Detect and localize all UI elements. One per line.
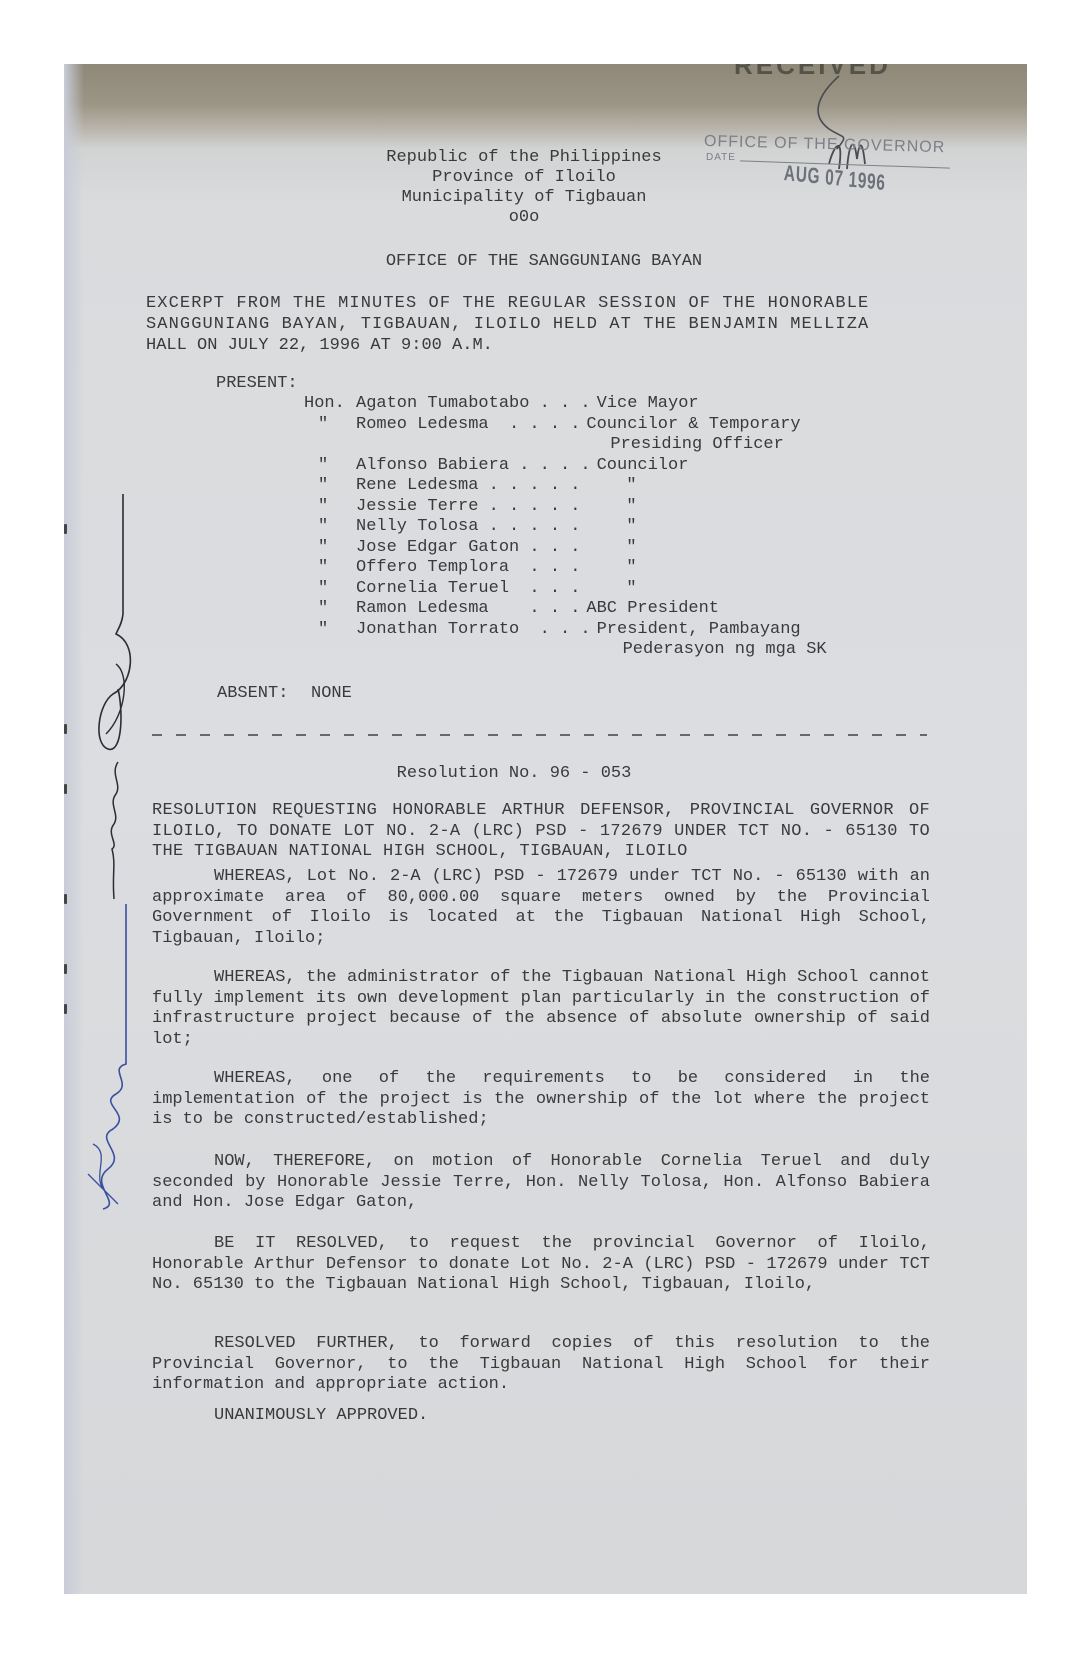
resolution-paragraph: WHEREAS, Lot No. 2-A (LRC) PSD - 172679 …: [152, 867, 930, 949]
member-name: Cornelia Teruel . . .: [356, 579, 580, 600]
header-province: Province of Iloilo: [364, 168, 684, 189]
binding-mark: [64, 894, 67, 904]
member-prefix: ": [318, 517, 328, 538]
member-position-continued: Presiding Officer: [610, 435, 783, 456]
member-position: Councilor: [597, 456, 689, 477]
member-name: Offero Templora . . .: [356, 558, 580, 579]
member-position-ditto: ": [626, 517, 636, 538]
member-prefix: ": [318, 476, 328, 497]
member-position: ABC President: [586, 599, 719, 620]
margin-signature-black-icon: [78, 484, 148, 784]
member-name: Jonathan Torrato . . .: [356, 620, 591, 641]
member-name: Jose Edgar Gaton . . .: [356, 538, 580, 559]
member-name: Alfonso Babiera . . . .: [356, 456, 591, 477]
member-prefix: ": [318, 497, 328, 518]
member-name: Nelly Tolosa . . . . .: [356, 517, 580, 538]
excerpt-line-2: SANGGUNIANG BAYAN, TIGBAUAN, ILOILO HELD…: [146, 315, 869, 336]
resolution-paragraph: WHEREAS, the administrator of the Tigbau…: [152, 968, 930, 1050]
member-position: President, Pambayang: [597, 620, 801, 641]
separator-dashed-line: [152, 734, 927, 736]
binding-mark: [64, 524, 67, 534]
excerpt-line-3: HALL ON JULY 22, 1996 AT 9:00 A.M.: [146, 336, 493, 357]
member-position: Councilor & Temporary: [586, 415, 800, 436]
resolution-number: Resolution No. 96 - 053: [314, 764, 714, 785]
member-name: Agaton Tumabotabo . . .: [356, 394, 591, 415]
resolution-paragraph: NOW, THEREFORE, on motion of Honorable C…: [152, 1152, 930, 1214]
absent-label: ABSENT:: [217, 684, 288, 705]
header-republic: Republic of the Philippines: [364, 148, 684, 169]
closing-approved: UNANIMOUSLY APPROVED.: [214, 1406, 428, 1427]
document-page: RECEIVED OFFICE OF THE GOVERNOR DATE AUG…: [64, 64, 1027, 1594]
office-title: OFFICE OF THE SANGGUNIANG BAYAN: [304, 252, 784, 273]
member-prefix: Hon.: [304, 394, 345, 415]
member-prefix: ": [318, 456, 328, 477]
member-position-ditto: ": [626, 476, 636, 497]
resolution-title: RESOLUTION REQUESTING HONORABLE ARTHUR D…: [152, 801, 930, 863]
member-name: Ramon Ledesma . . .: [356, 599, 580, 620]
binding-mark: [64, 724, 67, 734]
member-name: Rene Ledesma . . . . .: [356, 476, 580, 497]
member-prefix: ": [318, 415, 328, 436]
present-label: PRESENT:: [216, 374, 298, 395]
margin-signature-small-icon: [94, 754, 134, 904]
header-ornament: o0o: [364, 208, 684, 229]
resolution-paragraph: BE IT RESOLVED, to request the provincia…: [152, 1234, 930, 1296]
member-position-ditto: ": [626, 538, 636, 559]
absent-value: NONE: [311, 684, 352, 705]
member-prefix: ": [318, 599, 328, 620]
resolution-paragraph: RESOLVED FURTHER, to forward copies of t…: [152, 1334, 930, 1396]
member-prefix: ": [318, 558, 328, 579]
member-prefix: ": [318, 579, 328, 600]
margin-signature-blue-icon: [78, 904, 148, 1214]
stamp-date-label: DATE: [706, 152, 736, 163]
resolution-paragraph: WHEREAS, one of the requirements to be c…: [152, 1069, 930, 1131]
member-position-continued: Pederasyon ng mga SK: [623, 640, 827, 661]
binding-mark: [64, 964, 67, 974]
member-position: Vice Mayor: [597, 394, 699, 415]
member-name: Jessie Terre . . . . .: [356, 497, 580, 518]
binding-mark: [64, 784, 67, 794]
member-prefix: ": [318, 538, 328, 559]
member-position-ditto: ": [626, 558, 636, 579]
member-position-ditto: ": [626, 497, 636, 518]
member-prefix: ": [318, 620, 328, 641]
stamp-office: OFFICE OF THE GOVERNOR: [704, 133, 946, 157]
member-position-ditto: ": [626, 579, 636, 600]
excerpt-line-1: EXCERPT FROM THE MINUTES OF THE REGULAR …: [146, 294, 869, 315]
member-name: Romeo Ledesma . . . .: [356, 415, 580, 436]
header-municipality: Municipality of Tigbauan: [364, 188, 684, 209]
binding-mark: [64, 1004, 67, 1014]
